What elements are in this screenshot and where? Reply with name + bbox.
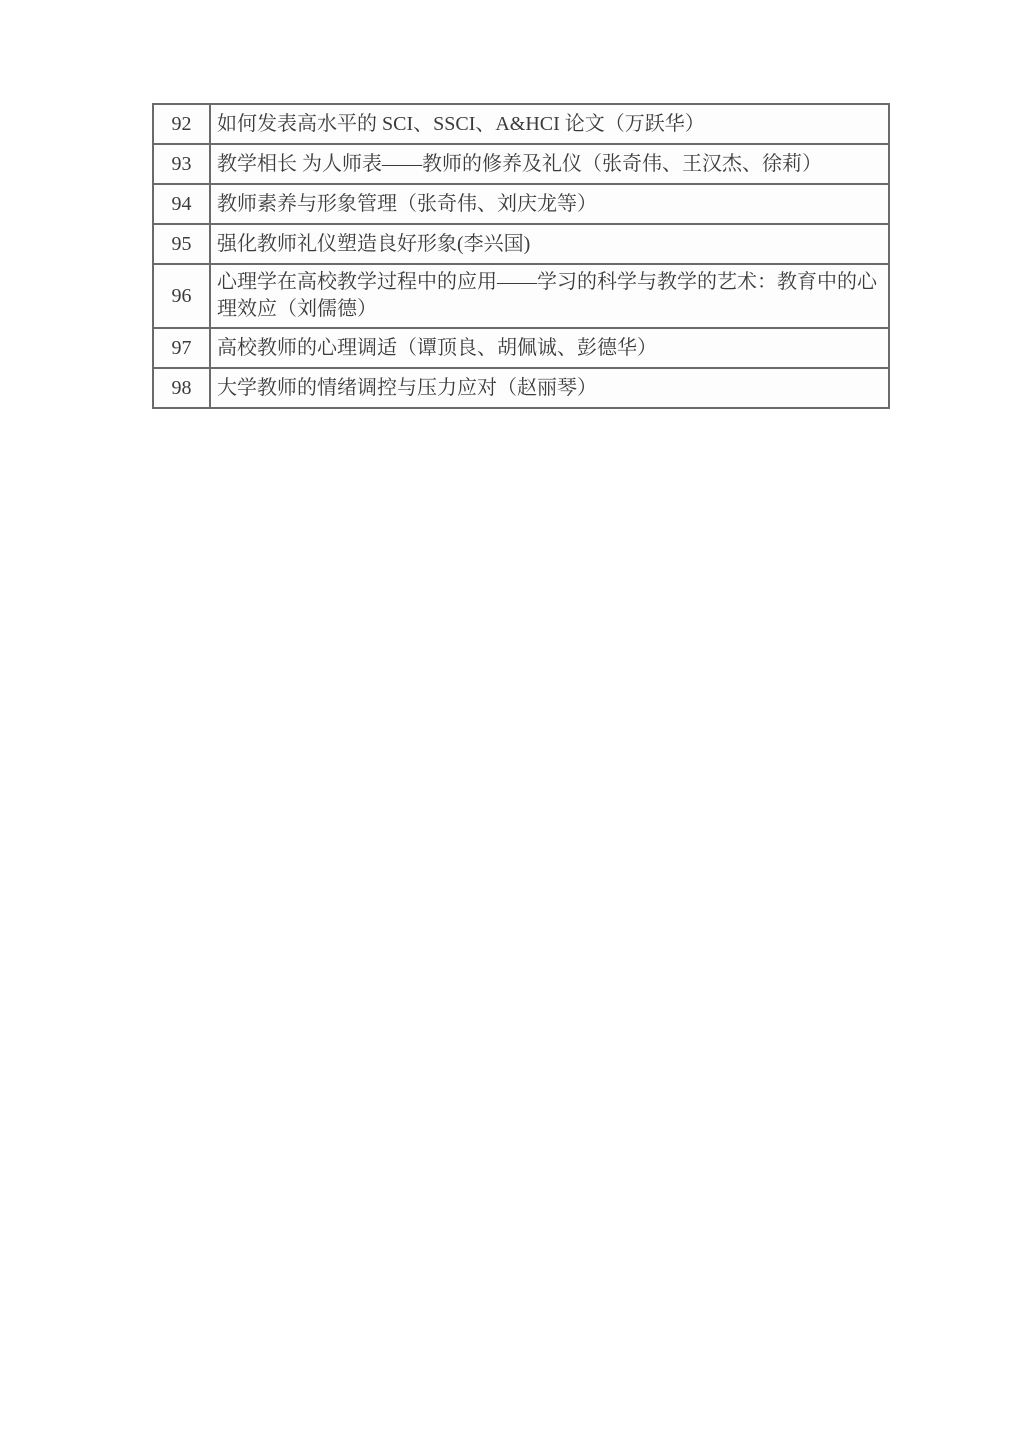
book-list-body: 92 如何发表高水平的 SCI、SSCI、A&HCI 论文（万跃华） 93 教学… [153, 104, 889, 408]
row-number-cell: 96 [153, 264, 210, 328]
table-row: 98 大学教师的情绪调控与压力应对（赵丽琴） [153, 368, 889, 408]
document-page: 92 如何发表高水平的 SCI、SSCI、A&HCI 论文（万跃华） 93 教学… [0, 0, 1024, 1448]
table-row: 92 如何发表高水平的 SCI、SSCI、A&HCI 论文（万跃华） [153, 104, 889, 144]
row-title-cell: 心理学在高校教学过程中的应用——学习的科学与教学的艺术：教育中的心理效应（刘儒德… [210, 264, 889, 328]
row-title-cell: 强化教师礼仪塑造良好形象(李兴国) [210, 224, 889, 264]
table-row: 94 教师素养与形象管理（张奇伟、刘庆龙等） [153, 184, 889, 224]
table-row: 95 强化教师礼仪塑造良好形象(李兴国) [153, 224, 889, 264]
row-number-cell: 95 [153, 224, 210, 264]
table-row: 97 高校教师的心理调适（谭顶良、胡佩诚、彭德华） [153, 328, 889, 368]
table-row: 96 心理学在高校教学过程中的应用——学习的科学与教学的艺术：教育中的心理效应（… [153, 264, 889, 328]
row-title-cell: 大学教师的情绪调控与压力应对（赵丽琴） [210, 368, 889, 408]
row-title-cell: 高校教师的心理调适（谭顶良、胡佩诚、彭德华） [210, 328, 889, 368]
row-title-cell: 如何发表高水平的 SCI、SSCI、A&HCI 论文（万跃华） [210, 104, 889, 144]
table-row: 93 教学相长 为人师表——教师的修养及礼仪（张奇伟、王汉杰、徐莉） [153, 144, 889, 184]
row-number-cell: 92 [153, 104, 210, 144]
row-number-cell: 94 [153, 184, 210, 224]
row-number-cell: 93 [153, 144, 210, 184]
book-list-table: 92 如何发表高水平的 SCI、SSCI、A&HCI 论文（万跃华） 93 教学… [152, 103, 890, 409]
row-title-cell: 教师素养与形象管理（张奇伟、刘庆龙等） [210, 184, 889, 224]
row-number-cell: 98 [153, 368, 210, 408]
row-number-cell: 97 [153, 328, 210, 368]
row-title-cell: 教学相长 为人师表——教师的修养及礼仪（张奇伟、王汉杰、徐莉） [210, 144, 889, 184]
